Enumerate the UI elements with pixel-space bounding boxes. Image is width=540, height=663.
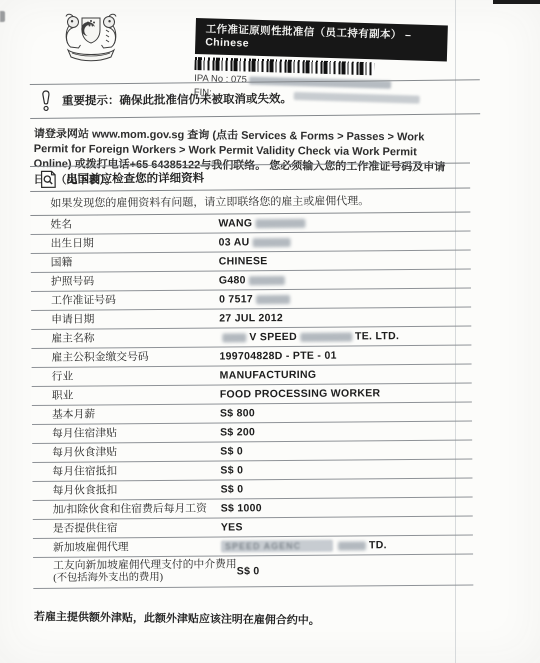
row-label: 每月住宿抵扣 <box>32 464 220 478</box>
redacted-value <box>256 294 290 303</box>
table-row: 工友向新加坡雇佣代理支付的中介费用(不包括海外支出的费用)S$ 0 <box>33 555 473 589</box>
row-value: S$ 0 <box>237 565 260 577</box>
row-value: 27 JUL 2012 <box>219 312 283 325</box>
row-label: 职业 <box>32 388 220 402</box>
value-text: S$ 0 <box>220 464 243 476</box>
value-text: S$ 0 <box>220 445 243 457</box>
row-label: 雇主名称 <box>31 331 219 345</box>
row-value: 0 7517 <box>219 293 293 306</box>
scan-edge-artifact <box>493 0 540 4</box>
row-label: 每月住宿津贴 <box>32 426 220 440</box>
value-text: YES <box>221 521 243 533</box>
row-label: 基本月薪 <box>32 407 220 421</box>
value-text: S$ 0 <box>220 483 243 495</box>
section-title-row: 出国前应检查您的详细资料 <box>30 164 470 192</box>
row-value: S$ 0 <box>220 445 243 457</box>
row-label: 出生日期 <box>31 236 219 250</box>
row-label: 姓名 <box>30 217 218 231</box>
footer-note: 若雇主提供额外津贴，此额外津贴应该注明在雇佣合约中。 <box>34 608 454 630</box>
singapore-coat-of-arms-icon <box>60 6 122 64</box>
exclamation-icon <box>40 90 52 112</box>
row-value: S$ 0 <box>220 464 243 476</box>
value-text: V SPEED <box>249 331 297 343</box>
value-text: G480 <box>219 274 246 286</box>
value-text: 199704828D - PTE - 01 <box>219 350 336 363</box>
row-label: 申请日期 <box>31 312 219 326</box>
value-text: CHINESE <box>219 255 268 267</box>
value-text: WANG <box>218 217 252 229</box>
row-value: S$ 800 <box>220 407 255 419</box>
row-value: CHINESE <box>219 255 268 267</box>
row-value: S$ 1000 <box>221 502 262 514</box>
row-label: 加/扣除伙食和住宿费后每月工资 <box>33 502 221 516</box>
row-label: 雇主公积金缴交号码 <box>31 350 219 364</box>
barcode <box>194 57 374 75</box>
row-label: 每月伙食津贴 <box>32 445 220 459</box>
value-text: MANUFACTURING <box>220 369 317 382</box>
row-label: 每月伙食抵扣 <box>33 483 221 497</box>
value-text: S$ 800 <box>220 407 255 419</box>
redacted-value <box>300 332 352 341</box>
row-value: FOOD PROCESSING WORKER <box>220 387 381 400</box>
row-value: WANG <box>218 217 308 230</box>
row-label: 是否提供住宿 <box>33 521 221 535</box>
value-text: 0 7517 <box>219 293 253 305</box>
row-value: 03 AU <box>219 236 294 249</box>
row-label: 新加坡雇佣代理 <box>33 540 221 554</box>
row-value: G480 <box>219 274 288 287</box>
value-text: S$ 200 <box>220 426 255 438</box>
notice-label: 重要提示： <box>62 95 120 108</box>
redacted-value <box>249 276 285 285</box>
row-label: 工作准证号码 <box>31 293 219 307</box>
value-text: 27 JUL 2012 <box>219 312 283 325</box>
value-text: S$ 1000 <box>221 502 262 514</box>
redacted-value <box>255 218 305 227</box>
row-label: 护照号码 <box>31 274 219 288</box>
value-text: S$ 0 <box>237 565 260 577</box>
value-text: TD. <box>369 539 387 551</box>
row-value: MANUFACTURING <box>220 369 317 382</box>
row-value: S$ 200 <box>220 426 255 438</box>
details-table: 姓名WANG 出生日期03 AU国籍CHINESE护照号码G480工作准证号码0… <box>30 213 473 589</box>
document-search-icon <box>40 169 57 188</box>
important-notice: 重要提示：确保此批准信仍未被取消或失效。 <box>30 79 480 119</box>
document-title-bar: 工作准证原则性批准信（员工持有副本） – Chinese <box>195 18 448 62</box>
row-value: YES <box>221 521 243 533</box>
value-text: 03 AU <box>219 236 250 248</box>
section-title: 出国前应检查您的详细资料 <box>66 170 204 187</box>
row-label: 行业 <box>32 369 220 383</box>
scanned-document: 工作准证原则性批准信（员工持有副本） – Chinese IPA No : 07… <box>0 0 540 663</box>
row-value: V SPEEDTE. LTD. <box>219 330 399 343</box>
blurred-value-text: SPEED AGENC <box>221 540 333 553</box>
section-subtitle: 如果发现您的雇佣资料有问题，请立即联络您的雇主或雇佣代理。 <box>30 189 470 216</box>
row-value: S$ 0 <box>220 483 243 495</box>
redacted-value <box>252 237 290 246</box>
value-text: TE. LTD. <box>355 330 399 342</box>
redacted-value <box>222 333 246 342</box>
row-label: 工友向新加坡雇佣代理支付的中介费用(不包括海外支出的费用) <box>33 559 237 586</box>
notice-text: 重要提示：确保此批准信仍未被取消或失效。 <box>62 90 292 108</box>
scan-speck-artifact <box>0 11 5 22</box>
redacted-value <box>338 541 366 550</box>
details-section: 出国前应检查您的详细资料 如果发现您的雇佣资料有问题，请立即联络您的雇主或雇佣代… <box>30 163 473 589</box>
row-value: 199704828D - PTE - 01 <box>219 350 336 363</box>
value-text: FOOD PROCESSING WORKER <box>220 387 381 400</box>
row-label: 国籍 <box>31 255 219 269</box>
row-value: SPEED AGENCTD. <box>221 539 387 552</box>
